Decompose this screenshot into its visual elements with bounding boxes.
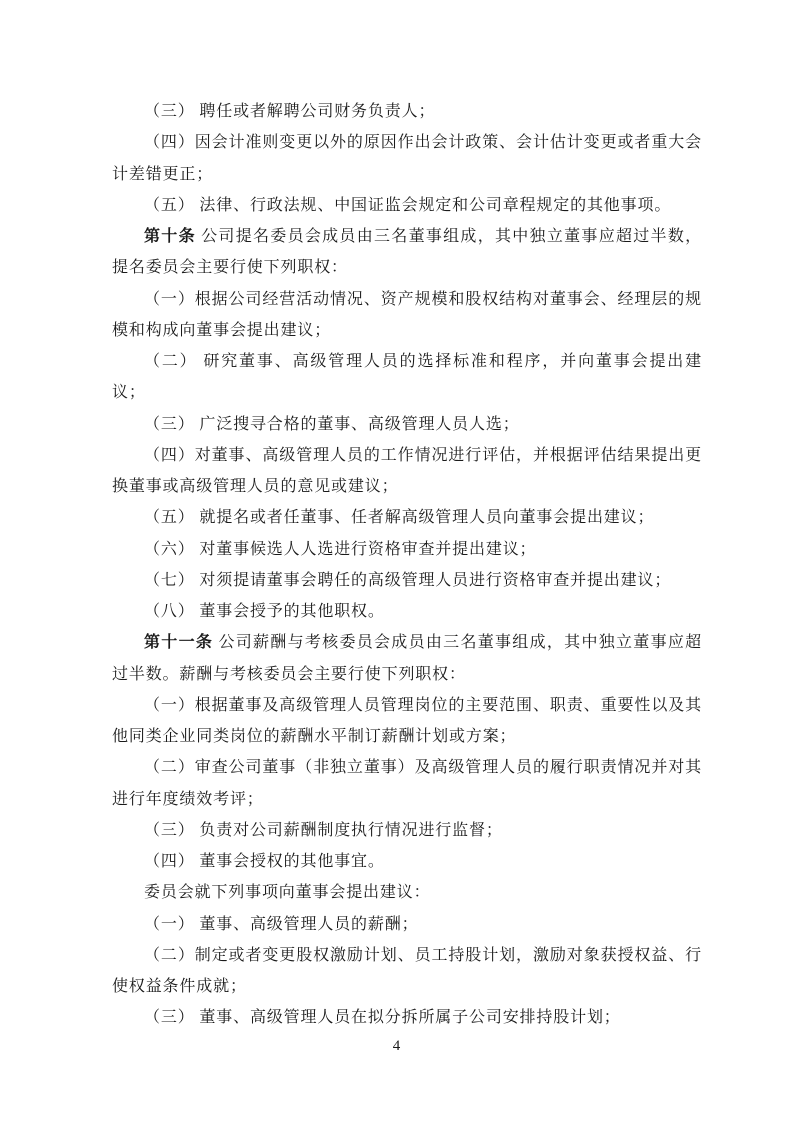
body-paragraph: （三） 负责对公司薪酬制度执行情况进行监督；: [112, 815, 702, 846]
article-paragraph: 第十一条 公司薪酬与考核委员会成员由三名董事组成，其中独立董事应超过半数。薪酬与…: [112, 627, 702, 690]
body-paragraph: （三） 聘任或者解聘公司财务负责人；: [112, 96, 702, 127]
article-number: 第十条: [144, 228, 196, 245]
body-paragraph: （四）对董事、高级管理人员的工作情况进行评估，并根据评估结果提出更换董事或高级管…: [112, 440, 702, 503]
body-paragraph: （四）因会计准则变更以外的原因作出会计政策、会计估计变更或者重大会计差错更正；: [112, 127, 702, 190]
page-number: 4: [393, 1038, 401, 1054]
body-paragraph: 委员会就下列事项向董事会提出建议：: [112, 877, 702, 908]
document-body: （三） 聘任或者解聘公司财务负责人；（四）因会计准则变更以外的原因作出会计政策、…: [112, 96, 702, 1034]
body-paragraph: （三） 广泛搜寻合格的董事、高级管理人员人选；: [112, 409, 702, 440]
body-paragraph: （四） 董事会授权的其他事宜。: [112, 846, 702, 877]
body-paragraph: （一）根据公司经营活动情况、资产规模和股权结构对董事会、经理层的规模和构成向董事…: [112, 284, 702, 347]
body-paragraph: （七） 对须提请董事会聘任的高级管理人员进行资格审查并提出建议；: [112, 565, 702, 596]
body-paragraph: （五） 就提名或者任董事、任者解高级管理人员向董事会提出建议；: [112, 502, 702, 533]
body-paragraph: （八） 董事会授予的其他职权。: [112, 596, 702, 627]
article-number: 第十一条: [144, 634, 213, 651]
article-paragraph: 第十条 公司提名委员会成员由三名董事组成，其中独立董事应超过半数，提名委员会主要…: [112, 221, 702, 284]
body-paragraph: （二）审查公司董事（非独立董事）及高级管理人员的履行职责情况并对其进行年度绩效考…: [112, 752, 702, 815]
body-paragraph: （六） 对董事候选人人选进行资格审查并提出建议；: [112, 534, 702, 565]
body-paragraph: （二） 研究董事、高级管理人员的选择标准和程序，并向董事会提出建议；: [112, 346, 702, 409]
body-paragraph: （一）根据董事及高级管理人员管理岗位的主要范围、职责、重要性以及其他同类企业同类…: [112, 690, 702, 753]
page-footer: 4: [0, 1036, 793, 1056]
body-paragraph: （一） 董事、高级管理人员的薪酬；: [112, 909, 702, 940]
body-paragraph: （二）制定或者变更股权激励计划、员工持股计划，激励对象获授权益、行使权益条件成就…: [112, 940, 702, 1003]
body-paragraph: （三） 董事、高级管理人员在拟分拆所属子公司安排持股计划；: [112, 1002, 702, 1033]
document-page: （三） 聘任或者解聘公司财务负责人；（四）因会计准则变更以外的原因作出会计政策、…: [0, 0, 793, 1122]
body-paragraph: （五） 法律、行政法规、中国证监会规定和公司章程规定的其他事项。: [112, 190, 702, 221]
